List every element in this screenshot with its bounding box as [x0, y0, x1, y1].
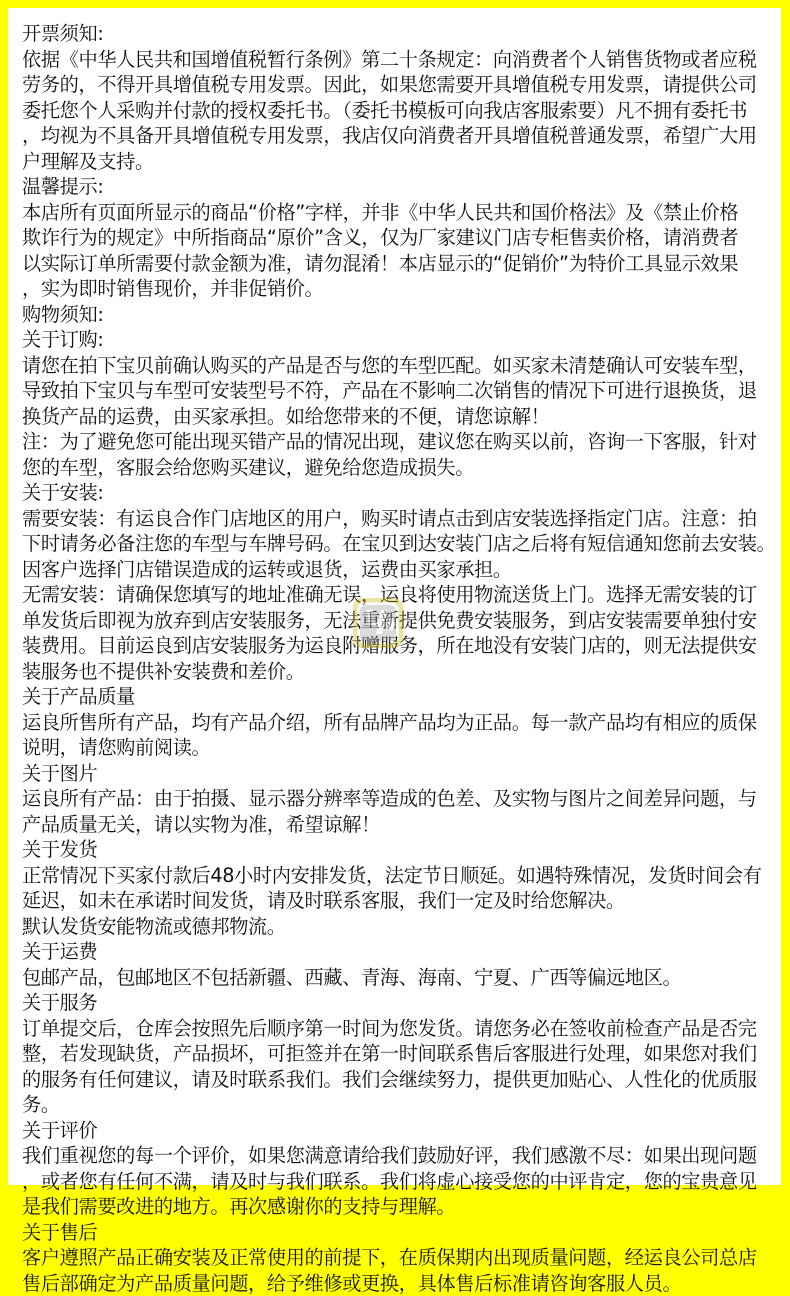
section-title: 购物须知:: [22, 302, 782, 328]
paragraph-line: 延迟，如未在承诺时间发货，请及时联系客服，我们一定及时给您解决。: [22, 888, 782, 914]
store-logo-watermark-icon: [353, 598, 405, 648]
paragraph-line: 正常情况下买家付款后48小时内安排发货，法定节日顺延。如遇特殊情况，发货时间会有: [22, 863, 782, 889]
paragraph-line: ，均视为不具备开具增值税专用发票，我店仅向消费者开具增值税普通发票，希望广大用: [22, 123, 782, 149]
section-about-freight: 关于运费 包邮产品，包邮地区不包括新疆、西藏、青海、海南、宁夏、广西等偏远地区。: [22, 939, 782, 990]
paragraph-line: 产品质量无关，请以实物为准，希望谅解！: [22, 812, 782, 838]
paragraph-line: 户理解及支持。: [22, 149, 782, 175]
paragraph-line: 订单提交后，仓库会按照先后顺序第一时间为您发货。请您务必在签收前检查产品是否完: [22, 1016, 782, 1042]
paragraph-line: 换货产品的运费，由买家承担。如给您带来的不便，请您谅解！: [22, 404, 782, 430]
section-title: 关于服务: [22, 990, 782, 1016]
section-title: 关于安装:: [22, 480, 782, 506]
section-title: 关于运费: [22, 939, 782, 965]
paragraph-line: 依据《中华人民共和国增值税暂行条例》第二十条规定：向消费者个人销售货物或者应税: [22, 47, 782, 73]
section-about-images: 关于图片 运良所有产品：由于拍摄、显示器分辨率等造成的色差、及实物与图片之间差异…: [22, 761, 782, 838]
section-title: 关于订购:: [22, 327, 782, 353]
section-title: 关于产品质量: [22, 684, 782, 710]
paragraph-line: 欺诈行为的规定》中所指商品“原价”含义，仅为厂家建议门店专柜售卖价格，请消费者: [22, 225, 782, 251]
paragraph-line: 以实际订单所需要付款金额为准，请勿混淆！本店显示的“促销价”为特价工具显示效果: [22, 251, 782, 277]
yellow-border-frame: 开票须知: 依据《中华人民共和国增值税暂行条例》第二十条规定：向消费者个人销售货…: [0, 0, 790, 1197]
section-title: 温馨提示:: [22, 174, 782, 200]
section-about-quality: 关于产品质量 运良所售所有产品，均有产品介绍，所有品牌产品均为正品。每一款产品均…: [22, 684, 782, 761]
paragraph-line: 下时请务必备注您的车型与车牌号码。在宝贝到达安装门店之后将有短信通知您前去安装。: [22, 531, 782, 557]
section-friendly-reminder: 温馨提示: 本店所有页面所显示的商品“价格”字样，并非《中华人民共和国价格法》及…: [22, 174, 782, 302]
paragraph-line: 您的车型，客服会给您购买建议，避免给您造成损失。: [22, 455, 782, 481]
paragraph-line: 注：为了避免您可能出现买错产品的情况出现，建议您在购买以前，咨询一下客服，针对: [22, 429, 782, 455]
paragraph-line: 整，若发现缺货，产品损坏，可拒签并在第一时间联系售后客服进行处理，如果您对我们: [22, 1041, 782, 1067]
paragraph-line: 说明，请您购前阅读。: [22, 735, 782, 761]
section-title: 开票须知:: [22, 21, 782, 47]
paragraph-line: 运良所售所有产品，均有产品介绍，所有品牌产品均为正品。每一款产品均有相应的质保: [22, 710, 782, 736]
section-about-ordering: 关于订购: 请您在拍下宝贝前确认购买的产品是否与您的车型匹配。如买家未清楚确认可…: [22, 327, 782, 480]
paragraph-line: ，或者您有任何不满，请及时与我们联系。我们将虚心接受您的中评肯定，您的宝贵意见: [22, 1169, 782, 1195]
section-invoice-notice: 开票须知: 依据《中华人民共和国增值税暂行条例》第二十条规定：向消费者个人销售货…: [22, 21, 782, 174]
section-title: 关于发货: [22, 837, 782, 863]
paragraph-line: 劳务的，不得开具增值税专用发票。因此，如果您需要开具增值税专用发票，请提供公司: [22, 72, 782, 98]
section-shopping-notice: 购物须知:: [22, 302, 782, 328]
paragraph-line: 包邮产品，包邮地区不包括新疆、西藏、青海、海南、宁夏、广西等偏远地区。: [22, 965, 782, 991]
paragraph-line: 导致拍下宝贝与车型可安装型号不符，产品在不影响二次销售的情况下可进行退换货，退: [22, 378, 782, 404]
paragraph-line: 请您在拍下宝贝前确认购买的产品是否与您的车型匹配。如买家未清楚确认可安装车型，: [22, 353, 782, 379]
paragraph-line: 因客户选择门店错误造成的运转或退货，运费由买家承担。: [22, 557, 782, 583]
paragraph-line: 默认发货安能物流或德邦物流。: [22, 914, 782, 940]
paragraph-line: 的服务有任何建议，请及时联系我们。我们会继续努力，提供更加贴心、人性化的优质服: [22, 1067, 782, 1093]
paragraph-line: 本店所有页面所显示的商品“价格”字样，并非《中华人民共和国价格法》及《禁止价格: [22, 200, 782, 226]
section-about-reviews: 关于评价 我们重视您的每一个评价，如果您满意请给我们鼓励好评，我们感激不尽：如果…: [22, 1118, 782, 1198]
section-about-service: 关于服务 订单提交后，仓库会按照先后顺序第一时间为您发货。请您务必在签收前检查产…: [22, 990, 782, 1118]
paragraph-line: 务。: [22, 1092, 782, 1118]
section-title: 关于评价: [22, 1118, 782, 1144]
paragraph-line: 需要安装：有运良合作门店地区的用户，购买时请点击到店安装选择指定门店。注意：拍: [22, 506, 782, 532]
paragraph-line: ，实为即时销售现价，并非促销价。: [22, 276, 782, 302]
section-title: 关于图片: [22, 761, 782, 787]
section-about-installation: 关于安装: 需要安装：有运良合作门店地区的用户，购买时请点击到店安装选择指定门店…: [22, 480, 782, 684]
notice-panel: 开票须知: 依据《中华人民共和国增值税暂行条例》第二十条规定：向消费者个人销售货…: [8, 8, 781, 1185]
section-about-shipping: 关于发货 正常情况下买家付款后48小时内安排发货，法定节日顺延。如遇特殊情况，发…: [22, 837, 782, 939]
paragraph-line: 运良所有产品：由于拍摄、显示器分辨率等造成的色差、及实物与图片之间差异问题，与: [22, 786, 782, 812]
paragraph-line: 委托您个人采购并付款的授权委托书。（委托书模板可向我店客服索要）凡不拥有委托书: [22, 98, 782, 124]
paragraph-line: 装服务也不提供补安装费和差价。: [22, 659, 782, 685]
paragraph-line: 我们重视您的每一个评价，如果您满意请给我们鼓励好评，我们感激不尽：如果出现问题: [22, 1143, 782, 1169]
